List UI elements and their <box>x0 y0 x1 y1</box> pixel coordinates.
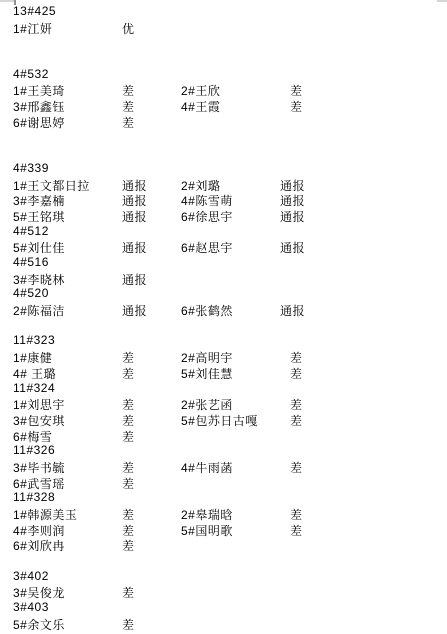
rating-value: 通报 <box>280 208 305 225</box>
rating-value: 通报 <box>280 302 305 319</box>
room-number-line: 11#328 <box>0 490 447 506</box>
rating-value: 差 <box>122 475 135 492</box>
room-number-line: 13#425 <box>0 4 447 20</box>
rating-value: 通报 <box>122 192 147 209</box>
student-name: 3#毕书毓 <box>13 459 65 476</box>
student-entry-line: 3#邢鑫钰差4#王霞差 <box>0 98 447 114</box>
student-entry-line: 4#李则润差5#国明歌差 <box>0 522 447 538</box>
student-name: 1#刘思宇 <box>13 396 65 413</box>
student-name: 5#余文乐 <box>13 616 65 633</box>
room-number: 3#402 <box>13 569 49 583</box>
rating-value: 差 <box>122 98 135 115</box>
student-name: 6#赵思宇 <box>181 239 233 256</box>
student-name: 3#包安琪 <box>13 412 65 429</box>
student-entry-line: 1#王文都日拉通报2#刘璐通报 <box>0 177 447 193</box>
room-number: 11#323 <box>13 333 55 347</box>
room-number-line: 11#324 <box>0 381 447 397</box>
student-entry-line: 5#余文乐差 <box>0 616 447 632</box>
student-name: 2#张艺函 <box>181 396 233 413</box>
room-number: 13#425 <box>13 4 56 18</box>
student-name: 5#刘佳慧 <box>181 365 233 382</box>
student-name: 5#包苏日古嘎 <box>181 412 258 429</box>
student-name: 1#康健 <box>13 349 52 366</box>
room-number: 11#326 <box>13 443 55 457</box>
room-number: 11#324 <box>13 381 55 395</box>
student-entry-line: 4# 王璐差5#刘佳慧差 <box>0 365 447 381</box>
blank-line <box>0 35 447 51</box>
rating-value: 差 <box>290 412 303 429</box>
student-entry-line: 3#包安琪差5#包苏日古嘎差 <box>0 412 447 428</box>
student-name: 4# 王璐 <box>13 365 56 382</box>
student-entry-line: 6#谢思婷差 <box>0 114 447 130</box>
blank-line <box>0 130 447 146</box>
rating-value: 差 <box>122 506 135 523</box>
rating-value: 差 <box>290 506 303 523</box>
student-name: 2#王欣 <box>181 82 220 99</box>
blank-line <box>0 145 447 161</box>
rating-value: 优 <box>122 20 135 37</box>
room-number: 11#328 <box>13 490 55 504</box>
student-name: 6#张鹤然 <box>181 302 233 319</box>
rating-value: 差 <box>290 396 303 413</box>
student-entry-line: 5#王铭琪通报6#徐思宇通报 <box>0 208 447 224</box>
rating-value: 差 <box>122 396 135 413</box>
student-name: 6#武雪瑶 <box>13 475 65 492</box>
student-name: 1#江妍 <box>13 20 52 37</box>
room-number-line: 11#326 <box>0 443 447 459</box>
rating-value: 差 <box>290 82 303 99</box>
student-name: 1#王文都日拉 <box>13 177 90 194</box>
room-number-line: 3#403 <box>0 600 447 616</box>
student-entry-line: 1#韩源美玉差2#皋瑞晗差 <box>0 506 447 522</box>
student-name: 5#王铭琪 <box>13 208 65 225</box>
rating-value: 通报 <box>122 271 147 288</box>
rating-value: 通报 <box>122 239 147 256</box>
room-number-line: 4#339 <box>0 161 447 177</box>
rating-value: 差 <box>122 616 135 633</box>
student-entry-line: 6#武雪瑶差 <box>0 475 447 491</box>
student-name: 3#邢鑫钰 <box>13 98 65 115</box>
room-number: 4#512 <box>13 224 49 238</box>
rating-value: 差 <box>290 349 303 366</box>
text-document-window: 13#4251#江妍优4#5321#王美琦差2#王欣差3#邢鑫钰差4#王霞差6#… <box>0 0 447 634</box>
room-number: 4#532 <box>13 67 49 81</box>
student-name: 6#谢思婷 <box>13 114 65 131</box>
blank-line <box>0 51 447 67</box>
rating-value: 通报 <box>122 302 147 319</box>
rating-value: 通报 <box>122 177 147 194</box>
student-name: 3#李嘉楠 <box>13 192 65 209</box>
student-name: 2#陈福洁 <box>13 302 65 319</box>
student-name: 3#李晓林 <box>13 271 65 288</box>
blank-line <box>0 553 447 569</box>
room-number-line: 3#402 <box>0 569 447 585</box>
room-number: 4#520 <box>13 286 49 300</box>
room-number-line: 4#512 <box>0 224 447 240</box>
rating-value: 通报 <box>122 208 147 225</box>
room-number-line: 11#323 <box>0 333 447 349</box>
student-name: 4#李则润 <box>13 522 65 539</box>
room-number-line: 4#532 <box>0 67 447 83</box>
student-entry-line: 6#梅雪差 <box>0 428 447 444</box>
room-number: 4#516 <box>13 255 49 269</box>
student-entry-line: 1#康健差2#高明宇差 <box>0 349 447 365</box>
rating-value: 差 <box>122 584 135 601</box>
student-name: 5#刘仕佳 <box>13 239 65 256</box>
student-entry-line: 3#毕书毓差4#牛雨菡差 <box>0 459 447 475</box>
rating-value: 通报 <box>280 177 305 194</box>
room-number-line: 4#520 <box>0 286 447 302</box>
room-number-line: 4#516 <box>0 255 447 271</box>
cropped-chrome-fragment-left <box>0 0 14 2</box>
room-number: 3#403 <box>13 600 49 614</box>
student-name: 4#王霞 <box>181 98 220 115</box>
rating-value: 通报 <box>280 239 305 256</box>
rating-value: 差 <box>122 412 135 429</box>
student-name: 5#国明歌 <box>181 522 233 539</box>
student-name: 6#刘欣冉 <box>13 537 65 554</box>
rating-value: 差 <box>290 98 303 115</box>
student-entry-line: 6#刘欣冉差 <box>0 537 447 553</box>
document-text-area[interactable]: 13#4251#江妍优4#5321#王美琦差2#王欣差3#邢鑫钰差4#王霞差6#… <box>0 4 447 632</box>
student-name: 2#刘璐 <box>181 177 220 194</box>
rating-value: 通报 <box>280 192 305 209</box>
student-entry-line: 1#江妍优 <box>0 20 447 36</box>
student-entry-line: 3#吴俊龙差 <box>0 584 447 600</box>
student-name: 4#陈雪萌 <box>181 192 233 209</box>
rating-value: 差 <box>122 537 135 554</box>
student-entry-line: 3#李晓林通报 <box>0 271 447 287</box>
rating-value: 差 <box>122 522 135 539</box>
blank-line <box>0 318 447 334</box>
rating-value: 差 <box>122 365 135 382</box>
room-number: 4#339 <box>13 161 49 175</box>
student-entry-line: 5#刘仕佳通报6#赵思宇通报 <box>0 239 447 255</box>
rating-value: 差 <box>290 365 303 382</box>
rating-value: 差 <box>290 522 303 539</box>
rating-value: 差 <box>122 114 135 131</box>
rating-value: 差 <box>122 459 135 476</box>
student-entry-line: 3#李嘉楠通报4#陈雪萌通报 <box>0 192 447 208</box>
rating-value: 差 <box>122 82 135 99</box>
student-name: 6#徐思宇 <box>181 208 233 225</box>
student-entry-line: 1#王美琦差2#王欣差 <box>0 82 447 98</box>
rating-value: 差 <box>290 459 303 476</box>
student-name: 2#高明宇 <box>181 349 233 366</box>
rating-value: 差 <box>122 349 135 366</box>
student-name: 2#皋瑞晗 <box>181 506 233 523</box>
student-name: 4#牛雨菡 <box>181 459 233 476</box>
rating-value: 差 <box>122 428 135 445</box>
student-entry-line: 2#陈福洁通报6#张鹤然通报 <box>0 302 447 318</box>
student-name: 1#韩源美玉 <box>13 506 77 523</box>
student-name: 3#吴俊龙 <box>13 584 65 601</box>
student-name: 1#王美琦 <box>13 82 65 99</box>
student-entry-line: 1#刘思宇差2#张艺函差 <box>0 396 447 412</box>
student-name: 6#梅雪 <box>13 428 52 445</box>
cropped-chrome-fragment-right <box>437 0 447 2</box>
